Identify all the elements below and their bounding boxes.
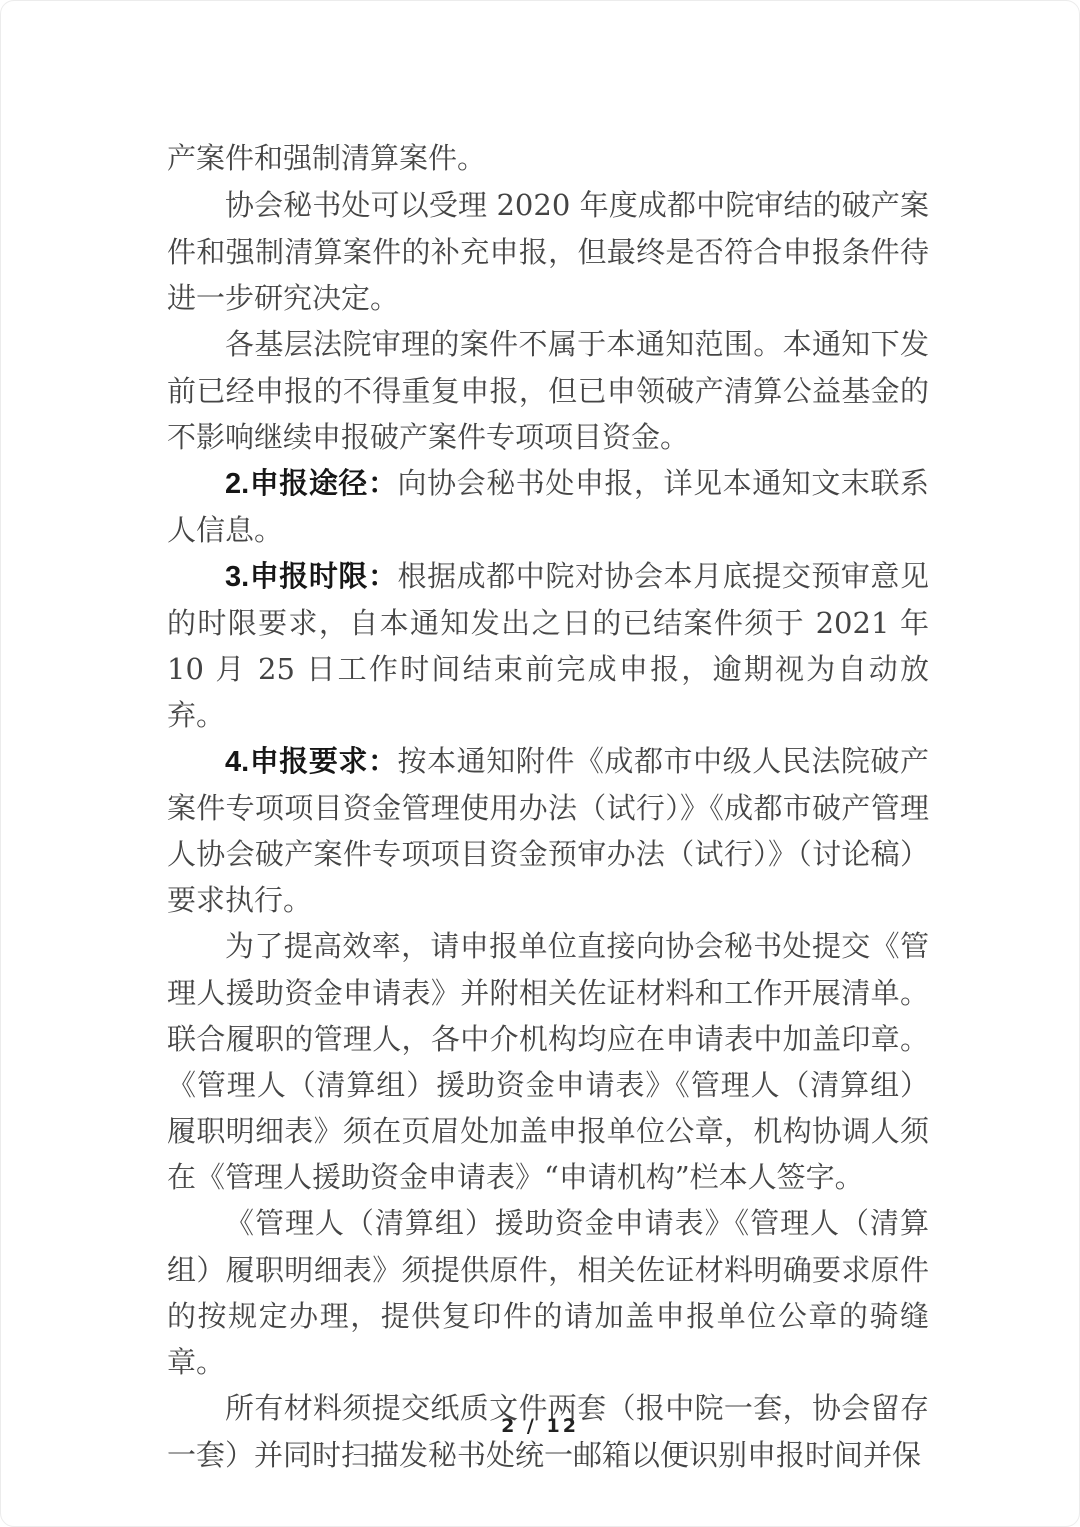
paragraph: 为了提高效率，请申报单位直接向协会秘书处提交《管理人援助资金申请表》并附相关佐证… (167, 923, 929, 1200)
paragraph: 《管理人（清算组）援助资金申请表》《管理人（清算组）履职明细表》须提供原件，相关… (167, 1200, 929, 1385)
paragraph-text: 协会秘书处可以受理 2020 年度成都中院审结的破产案件和强制清算案件的补充申报… (167, 188, 929, 315)
paragraph: 产案件和强制清算案件。 (167, 135, 929, 182)
paragraph-application-deadline: 3.申报时限：根据成都中院对协会本月底提交预审意见的时限要求，自本通知发出之日的… (167, 553, 929, 738)
paragraph: 各基层法院审理的案件不属于本通知范围。本通知下发前已经申报的不得重复申报，但已申… (167, 321, 929, 460)
paragraph-label: 4.申报要求： (225, 746, 398, 778)
paragraph-label: 2.申报途径： (225, 468, 398, 500)
paragraph-text: 为了提高效率，请申报单位直接向协会秘书处提交《管理人援助资金申请表》并附相关佐证… (167, 929, 929, 1194)
page-number: 2 / 12 (1, 1415, 1079, 1437)
paragraph-application-channel: 2.申报途径：向协会秘书处申报，详见本通知文末联系人信息。 (167, 460, 929, 553)
paragraph: 协会秘书处可以受理 2020 年度成都中院审结的破产案件和强制清算案件的补充申报… (167, 182, 929, 321)
paragraph-text: 《管理人（清算组）援助资金申请表》《管理人（清算组）履职明细表》须提供原件，相关… (167, 1206, 929, 1379)
paragraph-label: 3.申报时限： (225, 561, 398, 593)
paragraph-application-requirements: 4.申报要求：按本通知附件《成都市中级人民法院破产案件专项项目资金管理使用办法（… (167, 738, 929, 923)
document-page: 产案件和强制清算案件。 协会秘书处可以受理 2020 年度成都中院审结的破产案件… (0, 0, 1080, 1527)
document-body: 产案件和强制清算案件。 协会秘书处可以受理 2020 年度成都中院审结的破产案件… (167, 135, 929, 1478)
paragraph-text: 产案件和强制清算案件。 (167, 141, 486, 175)
paragraph-text: 各基层法院审理的案件不属于本通知范围。本通知下发前已经申报的不得重复申报，但已申… (167, 327, 929, 454)
